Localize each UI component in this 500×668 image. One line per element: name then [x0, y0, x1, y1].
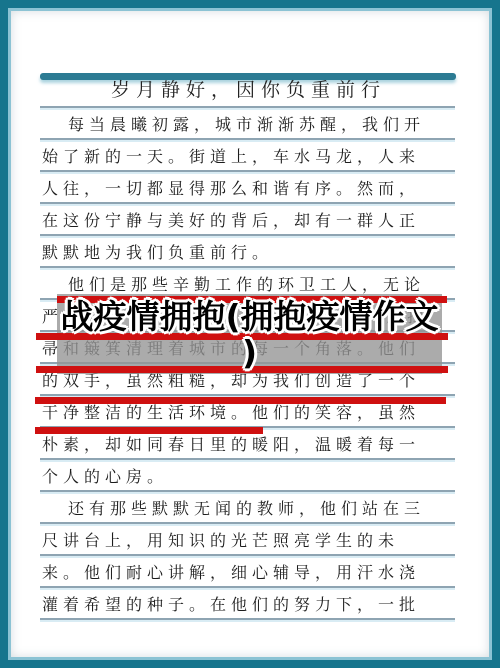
- essay-line: 人往，一切都显得那么和谐有序。然而，: [40, 172, 455, 204]
- page-title: 岁月静好，因你负重前行: [40, 76, 455, 108]
- essay-line: 灌着希望的种子。在他们的努力下，一批: [40, 588, 455, 620]
- essay-line: 来。他们耐心讲解，细心辅导，用汗水浇: [40, 556, 455, 588]
- headline-line-1: 战疫情拥抱(拥抱疫情作文: [57, 299, 442, 335]
- essay-line: 默默地为我们负重前行。: [40, 236, 455, 268]
- essay-line: 在这份宁静与美好的背后，却有一群人正: [40, 204, 455, 236]
- essay-line: 个人的心房。: [40, 460, 455, 492]
- headline-text: 战疫情拥抱(拥抱疫情作文 ): [57, 294, 442, 374]
- essay-line: 每当晨曦初露，城市渐渐苏醒，我们开: [40, 108, 455, 140]
- essay-line: 始了新的一天。街道上，车水马龙，人来: [40, 140, 455, 172]
- red-underline-5: [35, 427, 263, 434]
- page-frame: 岁月静好，因你负重前行 每当晨曦初露，城市渐渐苏醒，我们开 始了新的一天。街道上…: [0, 0, 500, 668]
- essay-line: 尺讲台上，用知识的光芒照亮学生的未: [40, 524, 455, 556]
- red-underline-4: [35, 397, 446, 404]
- essay-line: 还有那些默默无闻的教师，他们站在三: [40, 492, 455, 524]
- headline-line-2: ): [57, 335, 442, 371]
